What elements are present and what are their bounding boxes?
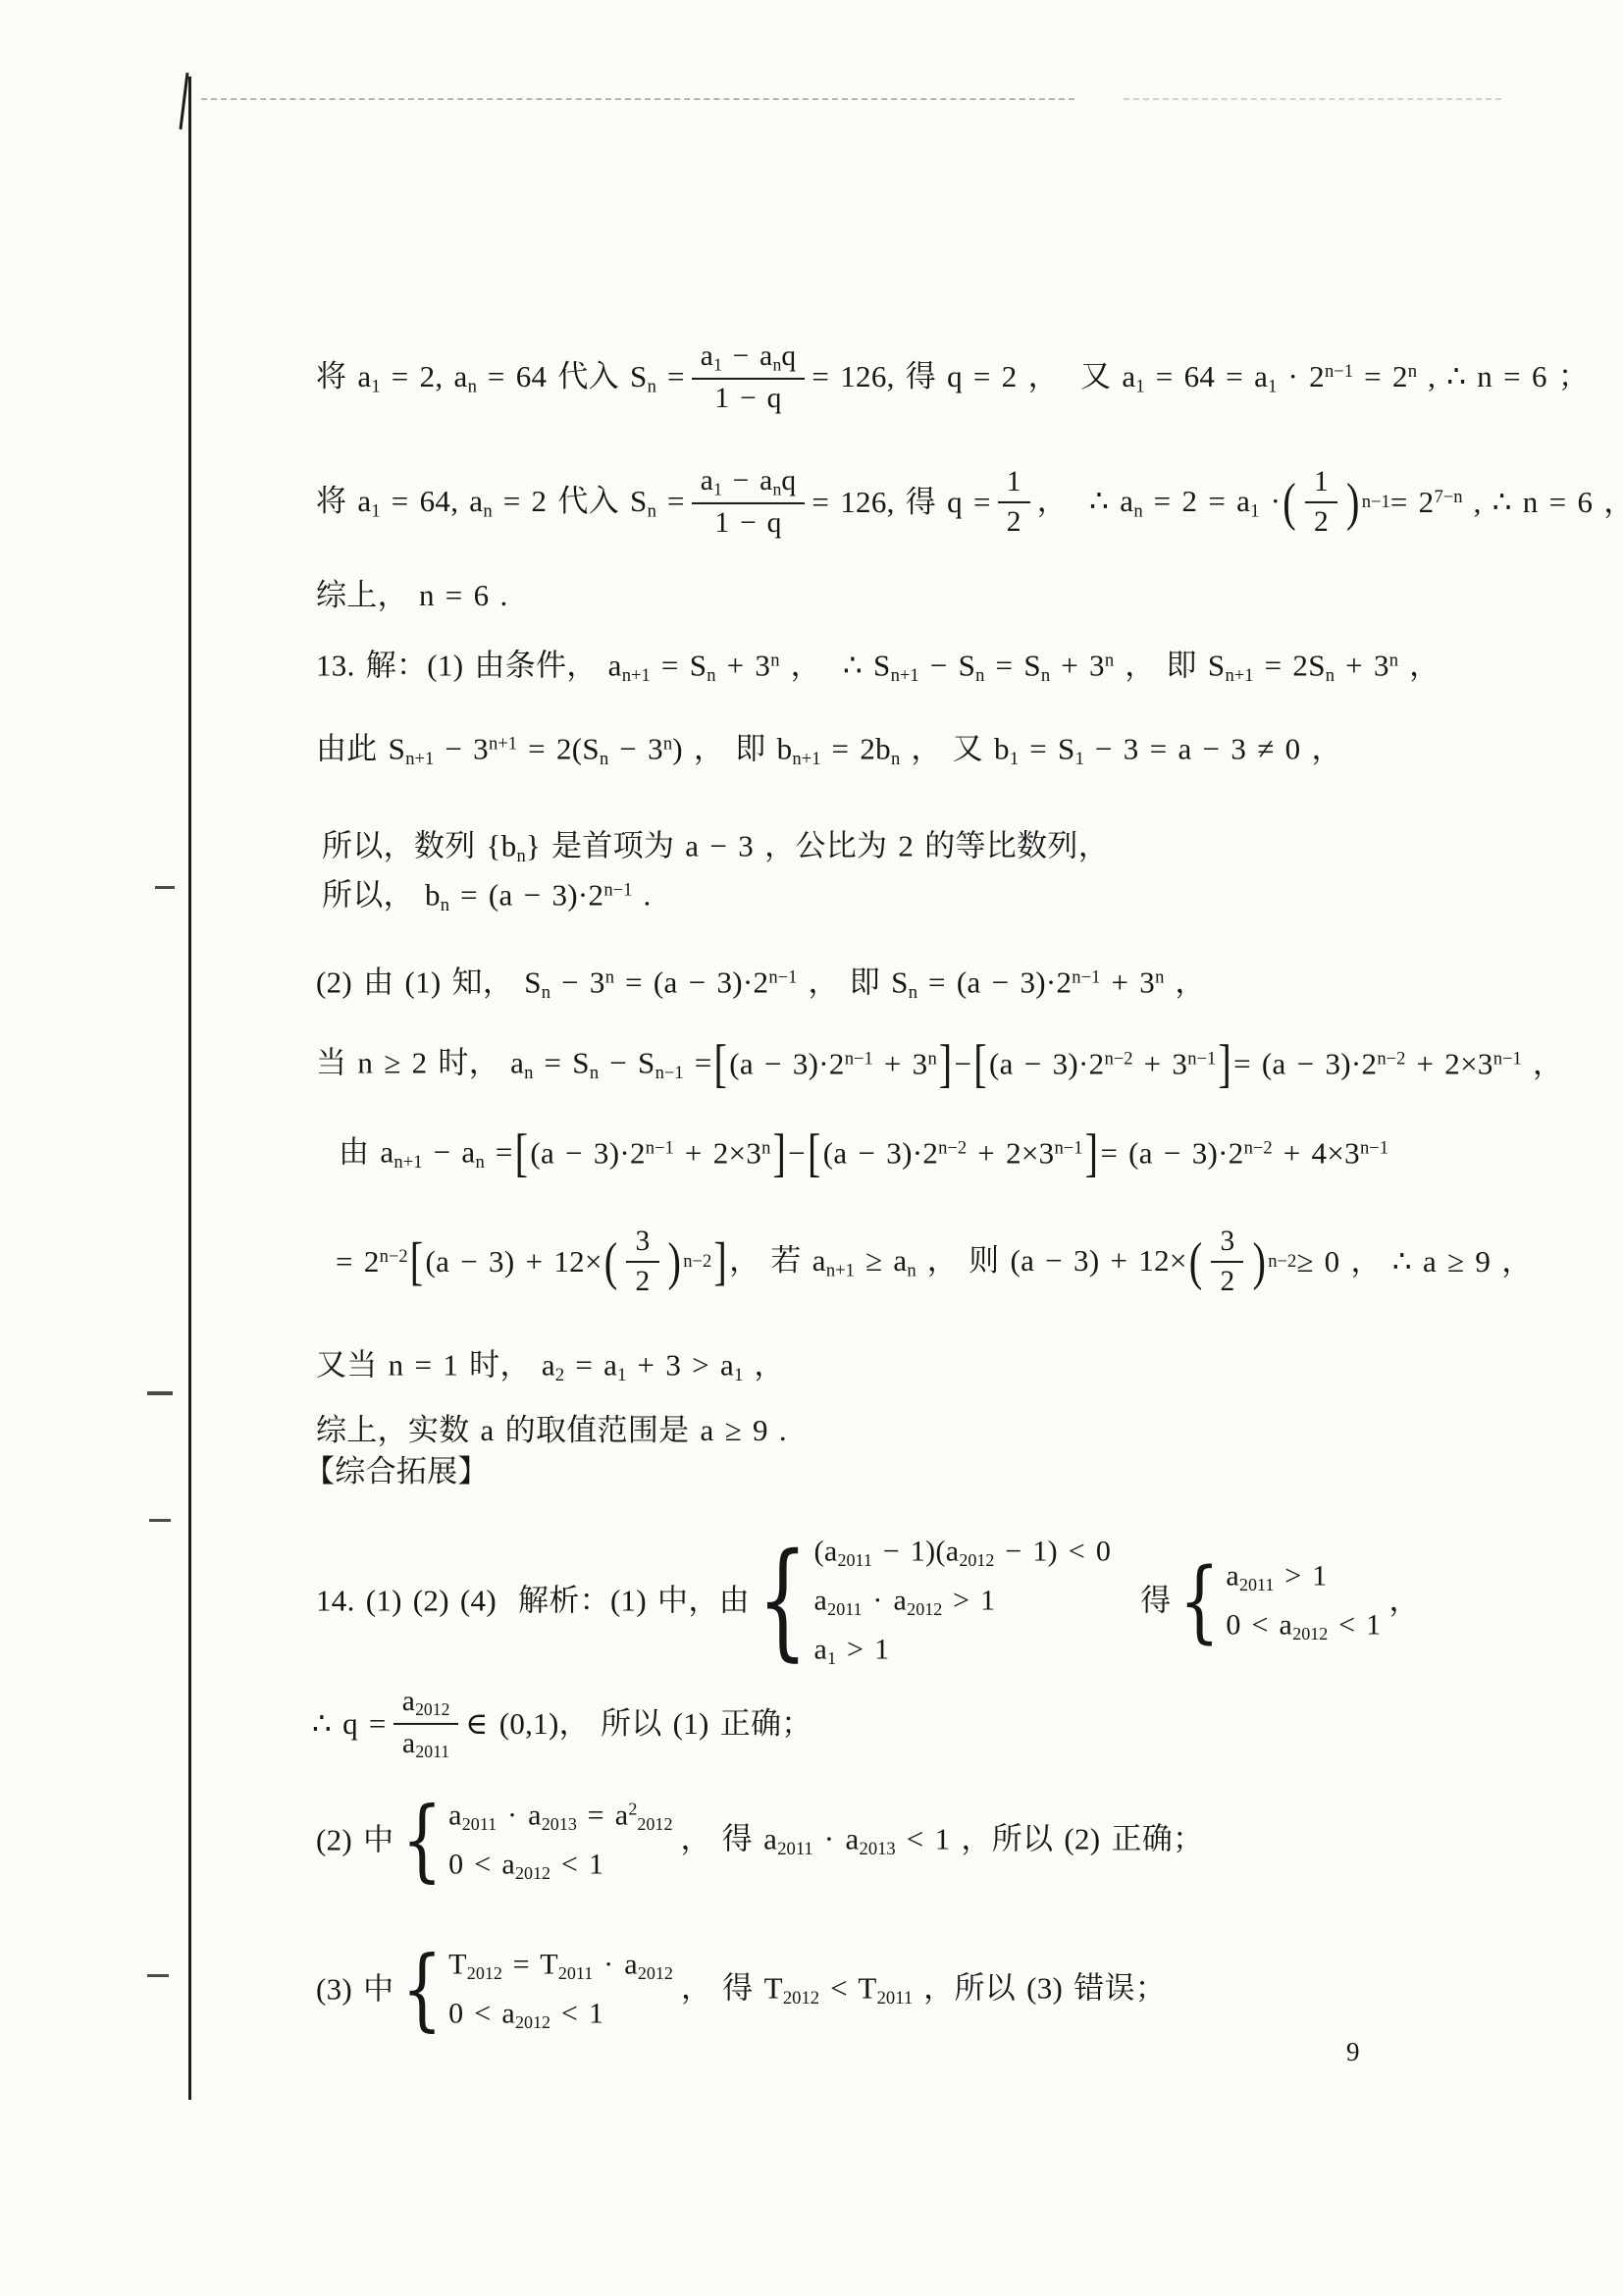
case-row: 0 < a2012 < 1 [448, 1846, 603, 1886]
brace-system: {a2011 · a2013 = a220120 < a2012 < 1 [401, 1797, 672, 1886]
text-run: 将 a1 = 2, an = 64 代入 Sn = [316, 357, 685, 399]
big-delimiter: ) [1252, 1235, 1266, 1288]
brace-system-rows: (a2011 − 1)(a2012 − 1) < 0a2011 · a2012 … [814, 1533, 1112, 1671]
exponent: n−2 [1268, 1250, 1296, 1274]
fraction-numerator: 3 [1211, 1226, 1243, 1263]
left-brace: { [401, 1945, 443, 2034]
brace-system-rows: T2012 = T2011 · a20120 < a2012 < 1 [448, 1946, 673, 2035]
text-run: ∴ q = [312, 1704, 387, 1744]
fraction-denominator: 2 [1211, 1263, 1243, 1298]
fraction-numerator: 1 [998, 466, 1030, 503]
margin-mark [147, 1974, 169, 1977]
big-delimiter: [ [515, 1127, 529, 1180]
scan-top-dashed-artifact [201, 98, 1074, 100]
text-run: 所以，数列 {bn} 是首项为 a − 3 ，公比为 2 的等比数列， [322, 827, 1109, 869]
big-delimiter: ] [713, 1235, 727, 1288]
left-brace: { [758, 1539, 809, 1665]
fraction-denominator: 1 − q [706, 380, 790, 415]
fraction: a1 − anq1 − q [692, 340, 806, 415]
case-row: (a2011 − 1)(a2012 − 1) < 0 [814, 1533, 1112, 1573]
big-delimiter: [ [410, 1235, 424, 1288]
big-delimiter: [ [973, 1038, 987, 1091]
page-number: 9 [1346, 2037, 1360, 2067]
text-run: ， 得 T2012 < T2011 ，所以 (3) 错误； [681, 1969, 1166, 2011]
left-brace: { [401, 1796, 443, 1885]
text-run: = 2n−2 [336, 1242, 408, 1281]
case-row: T2012 = T2011 · a2012 [448, 1946, 673, 1986]
big-delimiter: ] [939, 1038, 953, 1091]
text-run: 综上，实数 a 的取值范围是 a ≥ 9 . [316, 1411, 787, 1450]
margin-mark [147, 1391, 173, 1395]
solution-line-q13-part2-1: (2) 由 (1) 知， Sn − 3n = (a − 3)·2n−1 ， 即 … [316, 964, 1206, 1006]
fraction-denominator: 2 [1305, 503, 1337, 539]
text-run: − [955, 1045, 972, 1084]
fraction-numerator: a2012 [393, 1686, 459, 1725]
solution-line-q13-part2-2: 当 n ≥ 2 时， an = Sn − Sn−1 = [(a − 3)·2n−… [316, 1044, 1563, 1086]
text-run: 所以， bn = (a − 3)·2n−1 . [322, 876, 652, 918]
left-brace: { [1179, 1556, 1221, 1645]
scan-left-rule [188, 77, 191, 2100]
exponent: n−2 [683, 1250, 711, 1274]
text-run: ∈ (0,1)， 所以 (1) 正确； [465, 1704, 811, 1744]
text-run: 由此 Sn+1 − 3n+1 = 2(Sn − 3n) ， 即 bn+1 = 2… [316, 730, 1342, 772]
solution-line-q14-part3: (3) 中 {T2012 = T2011 · a20120 < a2012 < … [316, 1946, 1166, 2035]
text-run: = (a − 3)·2n−2 + 2×3n−1 ， [1233, 1045, 1563, 1084]
big-delimiter: ( [604, 1235, 618, 1288]
big-delimiter: ( [1283, 476, 1296, 529]
text-run: (a − 3)·2n−1 + 3n [729, 1045, 937, 1084]
margin-mark [155, 886, 175, 889]
brace-system: {(a2011 − 1)(a2012 − 1) < 0a2011 · a2012… [758, 1533, 1111, 1671]
section-heading-extension: 【综合拓展】 [304, 1452, 489, 1491]
solution-line-q13-part2-3: 由 an+1 − an = [(a − 3)·2n−1 + 2×3n] − [(… [339, 1133, 1388, 1175]
text-run: 由 an+1 − an = [339, 1133, 513, 1175]
case-row: a1 > 1 [814, 1630, 890, 1670]
text-run: ， 得 a2011 · a2013 < 1 ，所以 (2) 正确； [680, 1820, 1203, 1862]
case-row: a2011 > 1 [1226, 1557, 1327, 1597]
fraction-denominator: a2011 [393, 1725, 458, 1762]
big-delimiter: ] [1218, 1038, 1231, 1091]
text-run: ≥ 0 ， ∴ a ≥ 9 ， [1296, 1242, 1532, 1281]
fraction: a1 − anq1 − q [692, 465, 806, 540]
text-run: ， [1388, 1582, 1419, 1621]
text-run: ， 若 an+1 ≥ an ， 则 (a − 3) + 12× [729, 1241, 1187, 1283]
fraction-numerator: 1 [1305, 466, 1337, 503]
big-delimiter: [ [714, 1038, 728, 1091]
text-run: (2) 中 [316, 1821, 393, 1860]
scanned-document-page: 将 a1 = 2, an = 64 代入 Sn = a1 − anq1 − q … [0, 0, 1623, 2296]
brace-system-rows: a2011 · a2013 = a220120 < a2012 < 1 [448, 1797, 672, 1886]
solution-line-q13-part2-4: = 2n−2[(a − 3) + 12×(32)n−2]， 若 an+1 ≥ a… [336, 1226, 1533, 1298]
big-delimiter: ] [1085, 1127, 1099, 1180]
fraction: a2012a2011 [393, 1686, 459, 1762]
solution-line-q14-part2: (2) 中 {a2011 · a2013 = a220120 < a2012 <… [316, 1797, 1203, 1886]
text-run: 当 n ≥ 2 时， an = Sn − Sn−1 = [316, 1044, 712, 1086]
margin-mark [149, 1519, 171, 1522]
big-delimiter: ) [668, 1235, 682, 1288]
text-run: (a − 3)·2n−2 + 2×3n−1 [823, 1134, 1083, 1174]
text-run: (a − 3) + 12× [425, 1242, 602, 1281]
fraction: 12 [1305, 466, 1337, 539]
solution-line-q13-conclusion: 综上，实数 a 的取值范围是 a ≥ 9 . [316, 1411, 787, 1450]
text-run: = 126, 得 q = 2 ， 又 a1 = 64 = a1 · 2n−1 =… [811, 357, 1589, 399]
text-run: = 27−n , ∴ n = 6 ， [1390, 483, 1623, 522]
fraction-denominator: 1 − q [706, 504, 790, 540]
solution-line-q13-part2-5: 又当 n = 1 时， a2 = a1 + 3 > a1 ， [316, 1346, 785, 1388]
solution-line-q14-part1b: ∴ q = a2012a2011 ∈ (0,1)， 所以 (1) 正确； [312, 1686, 812, 1762]
solution-line-q13-step1: 13. 解：(1) 由条件， an+1 = Sn + 3n ， ∴ Sn+1 −… [316, 647, 1440, 689]
text-run: 得 [1119, 1582, 1171, 1621]
text-run: − [788, 1134, 806, 1174]
brace-system: {a2011 > 10 < a2012 < 1 [1179, 1557, 1382, 1646]
brace-system-rows: a2011 > 10 < a2012 < 1 [1226, 1557, 1381, 1646]
text-run: (a − 3)·2n−1 + 2×3n [530, 1134, 770, 1174]
fraction: 32 [626, 1226, 658, 1298]
text-run: (a − 3)·2n−2 + 3n−1 [989, 1045, 1216, 1084]
big-delimiter: [ [808, 1127, 821, 1180]
solution-line-q12-case1: 将 a1 = 2, an = 64 代入 Sn = a1 − anq1 − q … [316, 340, 1589, 415]
fraction-denominator: 2 [626, 1263, 658, 1298]
fraction: 32 [1211, 1226, 1243, 1298]
text-run: (2) 由 (1) 知， Sn − 3n = (a − 3)·2n−1 ， 即 … [316, 964, 1206, 1006]
fraction: 12 [998, 466, 1030, 539]
solution-line-q13-step3: 所以，数列 {bn} 是首项为 a − 3 ，公比为 2 的等比数列， [322, 827, 1109, 869]
fraction-denominator: 2 [998, 503, 1030, 539]
solution-line-q12-case2: 将 a1 = 64, an = 2 代入 Sn = a1 − anq1 − q … [316, 465, 1623, 540]
solution-line-q14-part1: 14. (1) (2) (4) 解析：(1) 中，由 {(a2011 − 1)(… [316, 1533, 1420, 1671]
text-run: ， ∴ an = 2 = a1 · [1037, 482, 1281, 524]
solution-line-q13-step2: 由此 Sn+1 − 3n+1 = 2(Sn − 3n) ， 即 bn+1 = 2… [316, 730, 1342, 772]
text-run: (3) 中 [316, 1970, 393, 2009]
text-run: 【综合拓展】 [304, 1452, 489, 1491]
text-run: 又当 n = 1 时， a2 = a1 + 3 > a1 ， [316, 1346, 785, 1388]
fraction-numerator: a1 − anq [692, 340, 806, 380]
text-run: 13. 解：(1) 由条件， an+1 = Sn + 3n ， ∴ Sn+1 −… [316, 647, 1440, 689]
text-run: 14. (1) (2) (4) 解析：(1) 中，由 [316, 1582, 750, 1621]
text-run: = 126, 得 q = [811, 483, 990, 522]
case-row: 0 < a2012 < 1 [448, 1995, 603, 2035]
fraction-numerator: a1 − anq [692, 465, 806, 504]
scan-top-dashed-artifact [1124, 98, 1501, 100]
brace-system: {T2012 = T2011 · a20120 < a2012 < 1 [401, 1946, 673, 2035]
solution-line-q12-conclusion: 综上， n = 6 . [316, 576, 508, 615]
solution-line-q13-step4: 所以， bn = (a − 3)·2n−1 . [322, 876, 652, 918]
text-run: 将 a1 = 64, an = 2 代入 Sn = [316, 482, 685, 524]
big-delimiter: ( [1189, 1235, 1203, 1288]
fraction-numerator: 3 [626, 1226, 658, 1263]
case-row: 0 < a2012 < 1 [1226, 1605, 1381, 1645]
case-row: a2011 · a2012 > 1 [814, 1582, 996, 1622]
exponent: n−1 [1362, 491, 1390, 514]
text-run: 综上， n = 6 . [316, 576, 508, 615]
case-row: a2011 · a2013 = a22012 [448, 1797, 672, 1837]
text-run: = (a − 3)·2n−2 + 4×3n−1 [1100, 1134, 1388, 1174]
big-delimiter: ) [1346, 476, 1360, 529]
big-delimiter: ] [772, 1127, 786, 1180]
